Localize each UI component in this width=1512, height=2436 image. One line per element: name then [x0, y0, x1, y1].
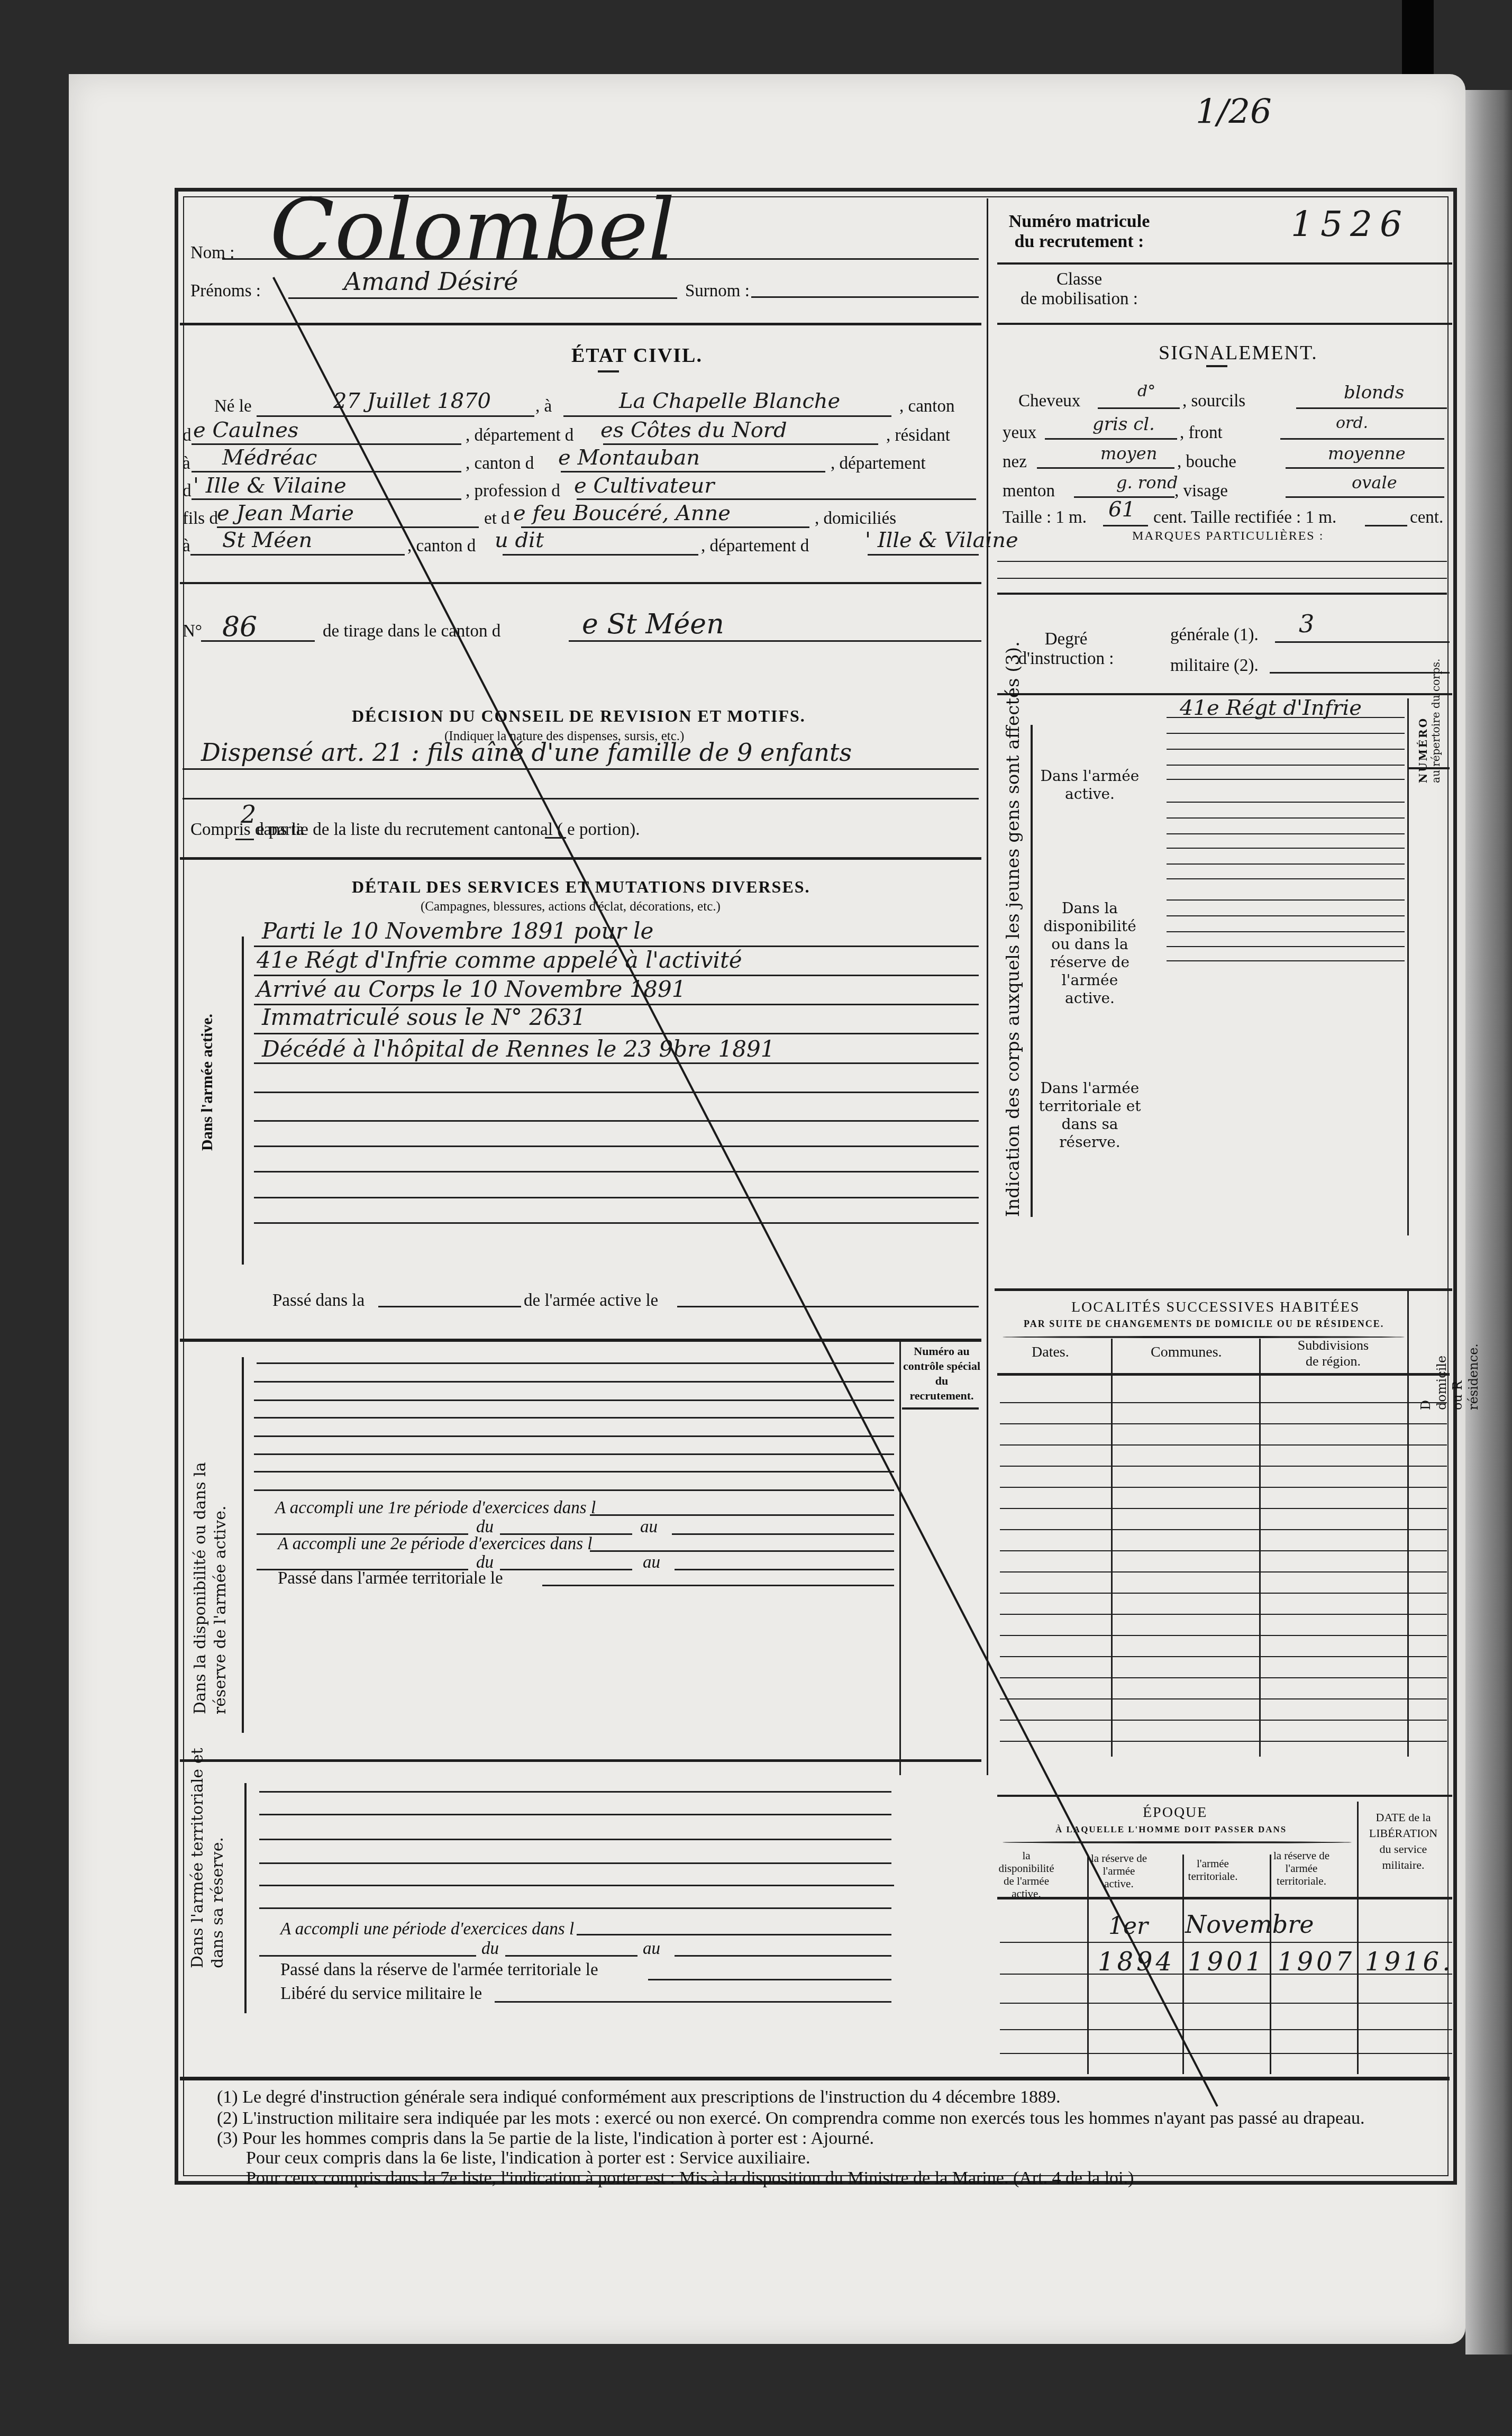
corps-section-active: Dans l'armée active. [1037, 767, 1143, 803]
numero-controle-rule [902, 1407, 979, 1410]
tirage-canton-line [569, 640, 981, 642]
corps-vertical-label: Indication des corps auxquels les jeunes… [1003, 641, 1024, 1217]
corps-line [1167, 899, 1405, 901]
corps-section-territoriale: Dans l'armée territoriale et dans sa rés… [1037, 1079, 1143, 1151]
tirage-label: de tirage dans le canton d [323, 622, 500, 641]
periode1-au-label: au [640, 1517, 658, 1537]
dispo-rule [257, 1362, 894, 1364]
sourcils-line [1296, 407, 1447, 409]
decision-title: DÉCISION DU CONSEIL DE REVISION ET MOTIF… [352, 706, 806, 726]
surnom-line [751, 296, 979, 298]
nom-label: Nom : [190, 243, 234, 263]
yeux-label: yeux [1003, 423, 1036, 443]
periode2-to-line [675, 1569, 894, 1570]
localites-row-rule [1000, 1508, 1447, 1509]
periode2-au-label: au [643, 1553, 660, 1573]
decision-value[interactable]: Dispensé art. 21 : fils aîné d'une famil… [201, 738, 852, 767]
cheveux-line [1098, 407, 1180, 409]
residant-value[interactable]: Médréac [222, 446, 317, 470]
service-rule [254, 1062, 979, 1064]
ne-le-line [257, 415, 534, 417]
periode1-label: A accompli une 1re période d'exercices d… [275, 1498, 596, 1518]
services-title: DÉTAIL DES SERVICES ET MUTATIONS DIVERSE… [352, 877, 810, 897]
departement3-label: , département d [701, 537, 809, 556]
localites-top-rule [995, 1288, 1452, 1291]
prenoms-label: Prénoms : [190, 281, 261, 301]
epoque-divider [1270, 1855, 1271, 2074]
localites-col-dates: Dates. [1032, 1344, 1069, 1361]
visage-label: , visage [1174, 481, 1228, 501]
periode2-line [590, 1550, 894, 1552]
dispo-rule-bottom [180, 1759, 981, 1762]
departement2-d-label: d [183, 481, 192, 501]
taille-cent2-label: cent. [1410, 508, 1443, 528]
menton-value[interactable]: g. rond [1116, 472, 1178, 493]
localites-col-subdivisions: Subdivisions de région. [1291, 1338, 1376, 1369]
dispo-rule [254, 1399, 894, 1401]
sourcils-label: , sourcils [1182, 392, 1245, 411]
footnotes-rule [180, 2077, 1450, 2080]
canton2-value[interactable]: e Montauban [558, 446, 700, 470]
corps-line [1167, 915, 1405, 916]
dispo-rule [254, 1489, 894, 1491]
active-brace [242, 937, 244, 1265]
periode-terr-du-label: du [481, 1939, 499, 1959]
localites-row-rule [1000, 1529, 1447, 1530]
localites-side-label: D domicile ou R résidence. [1418, 1352, 1481, 1410]
passe-date-line [677, 1306, 979, 1307]
etat-civil-title: ÉTAT CIVIL. [571, 344, 703, 367]
decision-line-2 [183, 798, 979, 799]
et-label: et d [484, 509, 510, 529]
nez-label: nez [1003, 452, 1027, 472]
passe-territoriale-label: Passé dans l'armée territoriale le [278, 1569, 503, 1588]
residant-a-label: à [183, 454, 190, 474]
localites-row-rule [1000, 1593, 1447, 1594]
dispo-rule [254, 1471, 894, 1472]
bouche-label: , bouche [1177, 452, 1236, 472]
departement-value[interactable]: es Côtes du Nord [600, 418, 787, 442]
visage-value[interactable]: ovale [1352, 472, 1397, 493]
localites-row-rule [1000, 1656, 1447, 1657]
departement-label: , département d [466, 426, 573, 446]
passe-territoriale-line [542, 1585, 894, 1586]
epoque-brace [1003, 1841, 1352, 1843]
epoque-col-disponibilite: la disponibilité de l'armée active. [995, 1849, 1058, 1900]
corps-line [1167, 833, 1405, 834]
localites-row-rule [1000, 1423, 1447, 1424]
epoque-row-rule [1000, 2053, 1452, 2054]
ne-le-label: Né le [214, 397, 252, 416]
corps-line [1167, 817, 1405, 819]
marques-line-2 [997, 578, 1447, 579]
passe-line [378, 1306, 521, 1307]
nez-value[interactable]: moyen [1100, 443, 1157, 463]
periode-terr-to-line [675, 1955, 891, 1957]
service-rule [254, 1197, 979, 1198]
portion-label: e portion). [567, 820, 640, 840]
page-stack-edge [1465, 90, 1512, 2355]
liberation-value[interactable]: 1916. [1365, 1947, 1453, 1977]
localites-row-rule [1000, 1677, 1447, 1678]
disponibilite-brace [242, 1357, 244, 1733]
compris-line [235, 839, 254, 840]
bouche-line [1286, 467, 1444, 469]
dispo-rule [254, 1381, 894, 1383]
canton3-line [503, 554, 698, 556]
localites-row-rule [1000, 1487, 1447, 1488]
localites-row-rule [1000, 1402, 1447, 1403]
service-rule [254, 1146, 979, 1147]
generale-label: générale (1). [1170, 625, 1259, 645]
surnom-label: Surnom : [685, 281, 750, 301]
nom-line [222, 258, 979, 260]
service-line-4[interactable]: Immatriculé sous le N° 2631 [262, 1004, 586, 1030]
service-rule [254, 1171, 979, 1172]
generale-line [1275, 641, 1450, 643]
etat-civil-rule [180, 582, 981, 584]
signalement-rule [997, 593, 1447, 595]
canton3-label: , canton d [407, 537, 476, 556]
terr-rule [259, 1862, 891, 1864]
canton2-label: , canton d [466, 454, 534, 474]
localites-header-rule [997, 1373, 1450, 1376]
epoque-row-rule [1000, 1942, 1452, 1943]
decision-line-1 [183, 768, 979, 770]
periode-terr-label: A accompli une période d'exercices dans … [280, 1920, 574, 1939]
mere-line [521, 526, 809, 528]
service-line-5[interactable]: Décédé à l'hôpital de Rennes le 23 9bre … [262, 1036, 775, 1062]
profession-line [577, 498, 976, 500]
cheveux-label: Cheveux [1018, 392, 1080, 411]
residant-line [192, 471, 461, 472]
territoriale-vertical-label: Dans l'armée territoriale et dans sa rés… [188, 1746, 228, 1968]
periode1-to-line [672, 1533, 894, 1535]
menton-label: menton [1003, 481, 1055, 501]
canton-line [192, 443, 461, 445]
periode-terr-au-label: au [643, 1939, 660, 1959]
periode2-from-line [500, 1569, 632, 1570]
corps-line [1167, 946, 1405, 947]
disponibilite-vertical-label: Dans la disponibilité ou dans la réserve… [190, 1397, 231, 1714]
service-line-3[interactable]: Arrivé au Corps le 10 Novembre 1891 [257, 976, 686, 1002]
domicile-value[interactable]: St Méen [222, 528, 312, 552]
visage-line [1286, 496, 1444, 498]
services-subtitle: (Campagnes, blessures, actions d'éclat, … [421, 899, 721, 914]
epoque-col-liberation: DATE de la LIBÉRATION du service militai… [1365, 1810, 1442, 1873]
departement2-label: , département [831, 454, 926, 474]
signalement-title: SIGNALEMENT. [1159, 341, 1318, 365]
territoriale-brace [244, 1783, 247, 2013]
epoque-col-reserve-territoriale: la réserve de l'armée territoriale. [1272, 1849, 1331, 1887]
marques-label: MARQUES PARTICULIÈRES : [1132, 529, 1324, 543]
book-binding-strip [1402, 0, 1434, 74]
passe-reserve-terr-line [648, 1979, 891, 1980]
corps-line [1167, 765, 1405, 766]
marques-line-1 [997, 561, 1447, 562]
periode-terr-from-line [505, 1955, 637, 1957]
domicile-line [190, 554, 405, 556]
epoque-row2-reserve-territoriale[interactable]: 1907 [1278, 1947, 1355, 1977]
departement3-value[interactable]: ' Ille & Vilaine [865, 528, 1018, 552]
domicilies-label: , domiciliés [815, 509, 896, 529]
corps-line [1167, 717, 1405, 718]
corps-line [1167, 863, 1405, 865]
periode-terr-line [577, 1934, 891, 1935]
departement-line [603, 443, 878, 445]
departement3-line [868, 554, 979, 556]
footnote-1: (1) Le degré d'instruction générale sera… [217, 2087, 1061, 2107]
front-label: , front [1180, 423, 1223, 443]
canton2-line [561, 471, 825, 472]
corps-line [1167, 960, 1405, 961]
localites-row-rule [1000, 1741, 1447, 1742]
tirage-no-line [201, 640, 315, 642]
classe-label: Classe de mobilisation : [995, 270, 1164, 309]
title-dash [1206, 365, 1227, 367]
epoque-row2-territoriale[interactable]: 1901 [1188, 1947, 1265, 1977]
corps-line [1167, 878, 1405, 879]
residant-label: , résidant [886, 426, 950, 446]
classe-rule [997, 323, 1452, 325]
periode2-label: A accompli une 2e période d'exercices da… [278, 1534, 592, 1554]
tirage-no-value[interactable]: 86 [222, 611, 257, 643]
taille-rectifiee-line [1365, 525, 1407, 526]
dispo-rule [254, 1435, 894, 1437]
column-divider [987, 198, 988, 1775]
mere-value[interactable]: e feu Boucéré, Anne [513, 501, 731, 525]
localites-row-rule [1000, 1720, 1447, 1721]
militaire-label: militaire (2). [1170, 656, 1259, 676]
canton-label: , canton [899, 397, 954, 416]
matricule-label: Numéro matricule du recrutement : [995, 212, 1164, 252]
service-rule [254, 1092, 979, 1093]
localites-row-rule [1000, 1635, 1447, 1636]
terr-rule [259, 1814, 891, 1815]
epoque-col-reserve-active: la réserve de l'armée active. [1090, 1852, 1148, 1890]
service-rule [254, 1033, 979, 1034]
service-line-2[interactable]: 41e Régt d'Infrie comme appelé à l'activ… [257, 947, 742, 973]
folio-number: 1/26 [1196, 93, 1272, 132]
lieu-line [563, 415, 891, 417]
corps-line [1167, 733, 1405, 734]
localites-col-communes: Communes. [1151, 1344, 1222, 1361]
pere-value[interactable]: e Jean Marie [217, 501, 354, 525]
passe-label: Passé dans la [272, 1291, 365, 1311]
nom-value[interactable]: Colombel [270, 180, 675, 279]
lieu-naissance-value[interactable]: La Chapelle Blanche [619, 389, 840, 413]
corps-line [1167, 802, 1405, 803]
footnote-5: Pour ceux compris dans la 7e liste, l'in… [246, 2168, 1134, 2188]
corps-line [1167, 779, 1405, 780]
prenoms-line [288, 297, 677, 299]
a-label: , à [535, 397, 552, 416]
yeux-value[interactable]: gris cl. [1092, 414, 1155, 435]
epoque-divider [1087, 1855, 1089, 2074]
terr-rule [259, 1839, 891, 1840]
passe-mid-label: de l'armée active le [524, 1291, 658, 1311]
corps-brace [1031, 725, 1033, 1217]
epoque-col-territoriale: l'armée territoriale. [1185, 1857, 1241, 1883]
tirage-no-label: N° [183, 622, 202, 641]
epoque-row-rule [1000, 2029, 1452, 2030]
matricule-value[interactable]: 1526 [1291, 204, 1409, 244]
corps-line [1167, 749, 1405, 750]
title-dash [598, 370, 619, 372]
tirage-canton-value[interactable]: e St Méen [582, 608, 724, 640]
dispo-rule [254, 1417, 894, 1419]
epoque-top-rule [997, 1795, 1452, 1797]
libere-line [495, 2001, 891, 2003]
terr-rule [259, 1885, 894, 1886]
d-label: d [183, 426, 192, 446]
localites-row-rule [1000, 1571, 1447, 1573]
yeux-line [1045, 438, 1177, 440]
taille-value[interactable]: 61 [1108, 497, 1135, 522]
canton-value[interactable]: e Caulnes [193, 418, 298, 442]
bouche-value[interactable]: moyenne [1328, 443, 1406, 463]
localites-row-rule [1000, 1614, 1447, 1615]
libere-label: Libéré du service militaire le [280, 1984, 482, 2004]
numero-controle-divider [899, 1341, 901, 1775]
numero-repertoire-divider [1407, 698, 1409, 1235]
service-rule [254, 1120, 979, 1122]
departement2-line [192, 498, 461, 500]
domicile-a-label: à [183, 537, 190, 556]
compris-value[interactable]: 2 [241, 800, 256, 829]
taille-line [1103, 525, 1148, 526]
localites-row-rule [1000, 1698, 1447, 1699]
corps-line [1167, 848, 1405, 849]
periode-terr-du-line [259, 1955, 476, 1957]
terr-rule [259, 1907, 891, 1909]
numero-controle-label: Numéro au contrôle spécial du recrutemen… [902, 1344, 981, 1403]
active-vertical-label: Dans l'armée active. [198, 1014, 216, 1151]
epoque-title: ÉPOQUE [1143, 1804, 1207, 1821]
footnote-4: Pour ceux compris dans la 6e liste, l'in… [246, 2148, 810, 2168]
localites-col-divider [1111, 1339, 1113, 1757]
localites-title: LOCALITÉS SUCCESSIVES HABITÉES [1071, 1299, 1360, 1316]
nez-line [1037, 467, 1174, 469]
epoque-row-rule [1000, 1974, 1452, 1975]
header-rule [180, 323, 981, 325]
cheveux-value[interactable]: d° [1137, 382, 1155, 401]
degre-rule [997, 693, 1452, 695]
localites-row-rule [1000, 1444, 1447, 1446]
footnote-2: (2) L'instruction militaire sera indiqué… [217, 2108, 1365, 2129]
epoque-subtitle: À LAQUELLE L'HOMME DOIT PASSER DANS [1055, 1824, 1287, 1835]
numero-repertoire-label: NUMÉRO au répertoire du corps. [1417, 659, 1442, 783]
footnote-3: (3) Pour les hommes compris dans la 5e p… [217, 2129, 874, 2149]
profession-value[interactable]: e Cultivateur [574, 474, 715, 498]
localites-col-divider [1259, 1339, 1261, 1757]
matricule-rule [997, 262, 1452, 265]
localites-subtitle: PAR SUITE DE CHANGEMENTS DE DOMICILE OU … [1024, 1319, 1384, 1330]
numero-repertoire-rule [1407, 767, 1450, 769]
epoque-row-rule [1000, 2003, 1452, 2004]
corps-line [1167, 931, 1405, 932]
front-line [1280, 438, 1444, 440]
corps-section-disponibilite: Dans la disponibilité ou dans la réserve… [1037, 899, 1143, 1007]
taille-cent-label: cent. Taille rectifiée : 1 m. [1153, 508, 1336, 528]
generale-value[interactable]: 3 [1299, 610, 1314, 638]
epoque-header-rule [997, 1897, 1452, 1899]
prenoms-value[interactable]: Amand Désiré [344, 267, 518, 296]
service-line-1[interactable]: Parti le 10 Novembre 1891 pour le [262, 918, 653, 944]
sourcils-value[interactable]: blonds [1344, 382, 1404, 403]
passe-reserve-terr-label: Passé dans la réserve de l'armée territo… [280, 1960, 598, 1980]
service-rule [254, 1222, 979, 1224]
dispo-rule [254, 1453, 894, 1455]
compris-rest-label: e partie de la liste du recrutement cant… [257, 820, 563, 840]
periode1-line [590, 1514, 894, 1516]
fils-label: fils d [183, 509, 218, 529]
profession-label: , profession d [466, 481, 560, 501]
localites-col-divider [1407, 1291, 1409, 1757]
terr-rule [259, 1791, 891, 1793]
ne-le-value[interactable]: 27 Juillet 1870 [333, 389, 491, 413]
services-active-rule [180, 1339, 981, 1342]
localites-row-rule [1000, 1550, 1447, 1551]
epoque-divider [1357, 1802, 1359, 2074]
canton3-value[interactable]: u dit [495, 528, 544, 552]
front-value[interactable]: ord. [1336, 414, 1368, 432]
taille-label: Taille : 1 m. [1003, 508, 1087, 528]
departement2-value[interactable]: ' Ille & Vilaine [193, 474, 347, 498]
decision-rule [180, 857, 981, 860]
epoque-row1-territoriale[interactable]: Novembre [1185, 1910, 1314, 1939]
localites-row-rule [1000, 1466, 1447, 1467]
